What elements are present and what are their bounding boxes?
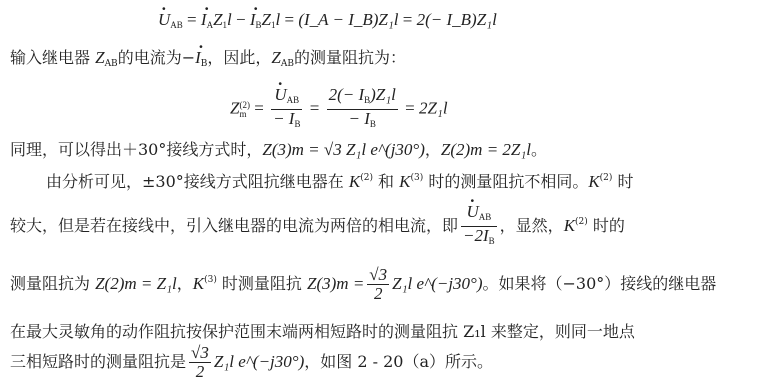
- text: 时的测量阻抗不相同。: [423, 172, 588, 191]
- text: 时的: [588, 216, 625, 235]
- text: 在最大灵敏角的动作阻抗按保护范围末端两相短路时的测量阻抗 Z₁l 来整定，则同一…: [10, 322, 635, 341]
- text: 三相短路时的测量阻抗是: [10, 352, 186, 371]
- i-symbol: I: [250, 10, 256, 30]
- sub: AB: [105, 59, 118, 69]
- sup: (3): [204, 275, 217, 285]
- text: 和: [373, 172, 399, 191]
- text: 。如果将（−30°）接线的继电器: [483, 274, 717, 293]
- text: ，如图 2 - 20（a）所示。: [304, 352, 493, 371]
- formula-tail: Z₁l e^(−j30°): [392, 274, 482, 293]
- sub: B: [370, 119, 376, 129]
- fraction: √32: [189, 344, 211, 379]
- u-symbol: U: [274, 86, 286, 104]
- k-symbol: K: [399, 172, 410, 191]
- numerator-tail: )Z₁l: [370, 85, 396, 104]
- equation-middle: (I_A − I_B)Z₁l: [298, 10, 398, 29]
- sub: m: [239, 109, 246, 119]
- denominator: 2: [189, 363, 211, 379]
- z-symbol: Z: [213, 10, 222, 29]
- equation-rhs: 2Z₁l: [419, 98, 448, 117]
- paragraph-5: 测量阻抗为 Z(2)m = Z₁l，K(3) 时测量阻抗 Z(3)m =√32Z…: [10, 258, 716, 306]
- denominator: −2I: [463, 226, 489, 245]
- denominator: − I: [349, 109, 370, 128]
- denominator: − I: [273, 109, 294, 128]
- paragraph-3: 由分析可见，±30°接线方式阻抗继电器在 K(2) 和 K(3) 时的测量阻抗不…: [46, 168, 634, 192]
- equation-rhs: 2(− I_B)Z₁l: [417, 10, 497, 29]
- text: 较大，但是若在接线中，引入继电器的电流为两倍的相电流，即: [10, 216, 458, 235]
- sub: B: [256, 20, 262, 30]
- formula-zm3: Z(3)m = √3 Z₁l e^(j30°): [262, 140, 425, 159]
- k-symbol: K: [564, 216, 575, 235]
- paragraph-6: 在最大灵敏角的动作阻抗按保护范围末端两相短路时的测量阻抗 Z₁l 来整定，则同一…: [10, 322, 635, 342]
- i-symbol: I: [201, 10, 207, 30]
- sup: (2): [575, 217, 588, 227]
- formula-tail: Z₁l e^(−j30°): [214, 352, 304, 371]
- sub: AB: [287, 95, 300, 105]
- text: 测量阻抗为: [10, 274, 95, 293]
- paragraph-4: 较大，但是若在接线中，引入继电器的电流为两倍的相电流，即UAB−2IB，显然，K…: [10, 200, 625, 250]
- sub: AB: [281, 59, 294, 69]
- numerator: √3: [189, 344, 211, 363]
- text: ，显然，: [500, 216, 564, 235]
- text: 。: [531, 140, 547, 159]
- formula-zm3: Z(3)m =: [307, 274, 364, 293]
- z-symbol: Z: [95, 48, 104, 67]
- sub: AB: [170, 20, 183, 30]
- text: ，因此，: [207, 48, 271, 67]
- l-symbol: l: [227, 10, 232, 29]
- k-symbol: K: [193, 274, 204, 293]
- text: 由分析可见，±30°接线方式阻抗继电器在: [46, 172, 349, 191]
- paragraph-7: 三相短路时的测量阻抗是√32Z₁l e^(−j30°)，如图 2 - 20（a）…: [10, 340, 493, 379]
- text: 输入继电器: [10, 48, 95, 67]
- paragraph-2: 同理，可以得出＋30°接线方式时，Z(3)m = √3 Z₁l e^(j30°)…: [10, 140, 547, 160]
- numerator: 2(− I: [329, 85, 365, 104]
- formula-zm2: Z(2)m = Z₁l: [95, 274, 177, 293]
- paragraph-1: 输入继电器 ZAB的电流为−IB，因此，ZAB的测量阻抗为：: [10, 48, 406, 74]
- fraction: √32: [367, 266, 389, 303]
- fraction: UAB−2IB: [461, 203, 497, 250]
- z-symbol: Z: [271, 48, 280, 67]
- text: 同理，可以得出＋30°接线方式时，: [10, 140, 262, 159]
- fraction-2: 2(− IB)Z₁l − IB: [327, 86, 398, 133]
- text: 时: [612, 172, 633, 191]
- numerator: √3: [367, 266, 389, 285]
- text: 的电流为−: [118, 48, 195, 67]
- text: ，: [425, 140, 441, 159]
- u-symbol: U: [466, 203, 478, 221]
- z-symbol: Z: [230, 98, 239, 117]
- denominator: 2: [367, 285, 389, 303]
- sub: B: [294, 119, 300, 129]
- sub: B: [489, 236, 495, 246]
- k-symbol: K: [349, 172, 360, 191]
- fraction-1: UAB − IB: [271, 86, 302, 133]
- u-symbol: U: [158, 10, 170, 30]
- text: 时测量阻抗: [217, 274, 307, 293]
- equation-zm2: Z(2)m = UAB − IB = 2(− IB)Z₁l − IB = 2Z₁…: [230, 86, 448, 133]
- k-symbol: K: [588, 172, 599, 191]
- text: 的测量阻抗为：: [294, 48, 406, 67]
- i-symbol: I: [195, 48, 201, 68]
- equation-voltage-uab: UAB = IAZ1l − IBZ1l = (I_A − I_B)Z₁l = 2…: [158, 10, 497, 35]
- sup: (2): [600, 173, 613, 183]
- text: ，: [177, 274, 193, 293]
- formula-zm2: Z(2)m = 2Z₁l: [441, 140, 531, 159]
- sup: (3): [410, 173, 423, 183]
- sup: (2): [360, 173, 373, 183]
- sub: AB: [479, 212, 492, 222]
